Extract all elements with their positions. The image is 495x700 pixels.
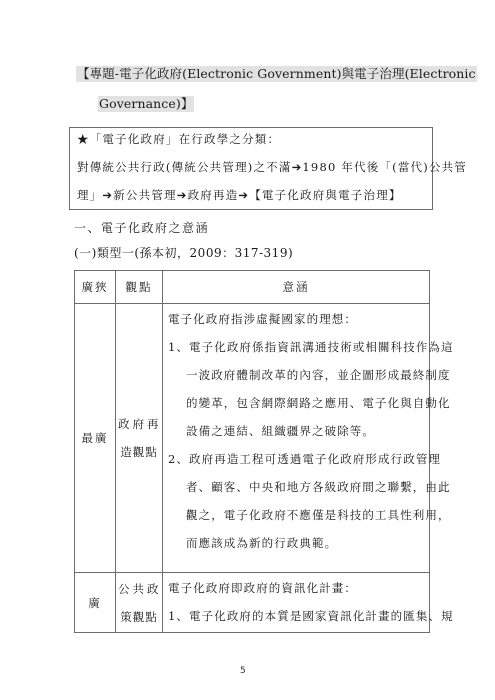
meaning-line: 1、電子化政府的本質是國家資訊化計畫的匯集、規 (168, 602, 429, 630)
meaning-line: 者、顧客、中央和地方各級政府間之聯繫，由此 (168, 473, 429, 501)
meaning-line: 電子化政府即政府的資訊化計畫： (168, 574, 429, 602)
viewpoint-line: 政府再 (118, 410, 160, 438)
classification-callout-box: ★「電子化政府」在行政學之分類： 對傳統公共行政(傳統公共管理)之不滿➔1980… (69, 127, 433, 210)
meaning-line: 設備之連結、組織疆界之破除等。 (168, 417, 429, 445)
scope-cell: 最廣 (75, 304, 116, 573)
subsection-heading: (一)類型一(孫本初，2009：317-319) (74, 246, 293, 261)
e-government-meaning-table: 廣狹 觀點 意涵 最廣 政府再 造觀點 電子化政府指涉虛擬國家的理想： 1、電子… (74, 270, 430, 633)
viewpoint-line: 公共政 (118, 575, 160, 603)
meaning-line: 的變革，包含網際網路之應用、電子化與自動化 (168, 389, 429, 417)
topic-title-line-2: Governance)】 (98, 96, 194, 112)
viewpoint-line: 造觀點 (118, 438, 160, 466)
page-number: 5 (240, 666, 246, 676)
table-row: 廣 公共政 策觀點 電子化政府即政府的資訊化計畫： 1、電子化政府的本質是國家資… (75, 573, 430, 633)
viewpoint-cell: 政府再 造觀點 (116, 304, 163, 573)
meaning-cell: 電子化政府即政府的資訊化計畫： 1、電子化政府的本質是國家資訊化計畫的匯集、規 (163, 573, 430, 633)
meaning-cell: 電子化政府指涉虛擬國家的理想： 1、電子化政府係指資訊溝通技術或相關科技作為這 … (163, 304, 430, 573)
header-scope: 廣狹 (75, 271, 116, 304)
header-meaning: 意涵 (163, 271, 430, 304)
meaning-line: 而應該成為新的行政典範。 (168, 529, 429, 557)
viewpoint-line: 策觀點 (118, 603, 160, 631)
meaning-line: 1、電子化政府係指資訊溝通技術或相關科技作為這 (168, 333, 429, 361)
meaning-line: 觀之，電子化政府不應僅是科技的工具性利用， (168, 501, 429, 529)
section-heading: 一、電子化政府之意涵 (74, 221, 209, 236)
table-header-row: 廣狹 觀點 意涵 (75, 271, 430, 304)
viewpoint-cell: 公共政 策觀點 (116, 573, 163, 633)
topic-title-line-1: 【專題-電子化政府(Electronic Government)與電子治理(El… (76, 66, 477, 82)
table-row: 最廣 政府再 造觀點 電子化政府指涉虛擬國家的理想： 1、電子化政府係指資訊溝通… (75, 304, 430, 573)
callout-text-line-2: 理」➔新公共管理➔政府再造➔【電子化政府與電子治理】 (77, 188, 402, 202)
meaning-line: 2、政府再造工程可透過電子化政府形成行政管理 (168, 445, 429, 473)
scope-cell: 廣 (75, 573, 116, 633)
header-viewpoint: 觀點 (116, 271, 163, 304)
meaning-line: 一波政府體制改革的內容，並企圖形成最終制度 (168, 361, 429, 389)
document-page: 【專題-電子化政府(Electronic Government)與電子治理(El… (0, 0, 495, 700)
meaning-line: 電子化政府指涉虛擬國家的理想： (168, 305, 429, 333)
callout-text-line-1: 對傳統公共行政(傳統公共管理)之不滿➔1980 年代後「(當代)公共管 (77, 160, 467, 174)
callout-heading: ★「電子化政府」在行政學之分類： (77, 132, 280, 146)
